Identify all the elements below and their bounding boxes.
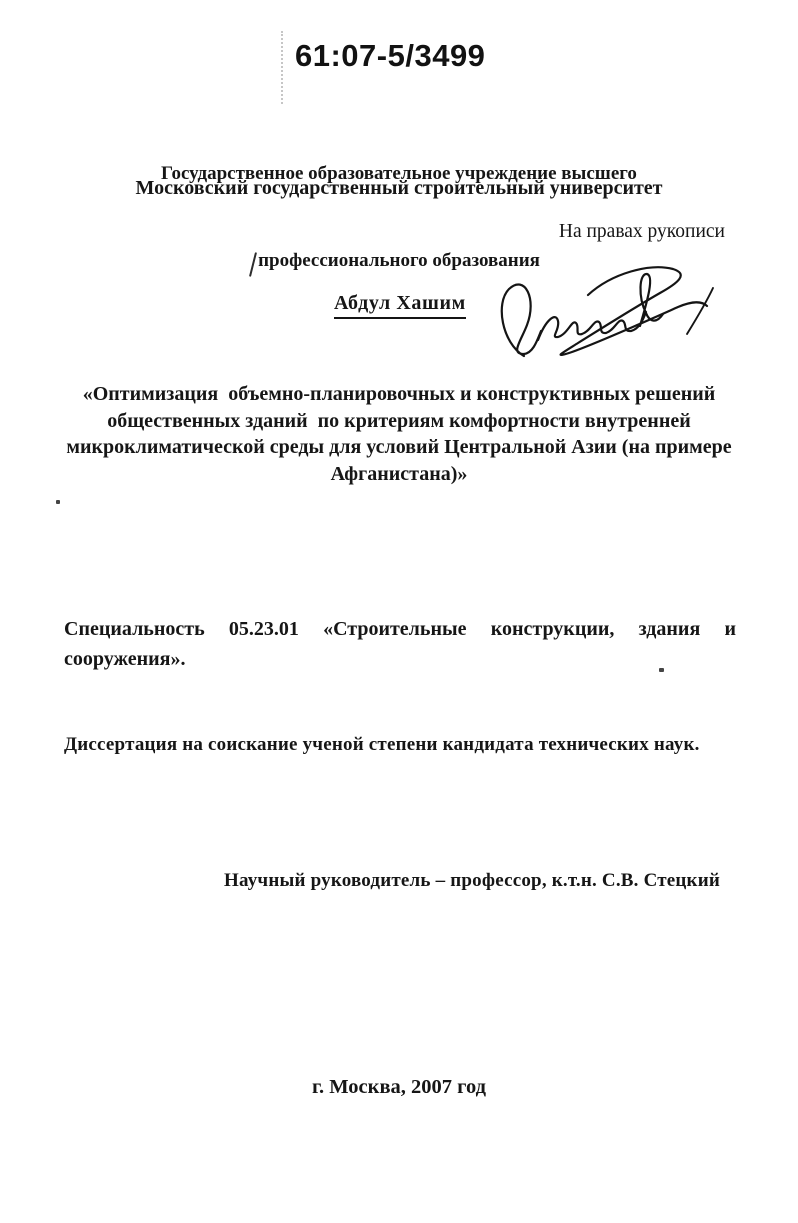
university-name: Московский государственный строительный … bbox=[0, 177, 798, 200]
ink-speck-left-margin bbox=[56, 500, 60, 504]
ink-speck-right bbox=[659, 668, 664, 672]
city-and-year: г. Москва, 2007 год bbox=[0, 1076, 798, 1099]
scientific-supervisor-line: Научный руководитель – профессор, к.т.н.… bbox=[224, 870, 720, 892]
dissertation-title-line-4: Афганистана)» bbox=[52, 461, 746, 488]
author-name: Абдул Хашим bbox=[334, 292, 466, 319]
dissertation-degree-statement: Диссертация на соискание ученой степени … bbox=[64, 734, 758, 756]
dissertation-title-line-2: общественных зданий по критериям комфорт… bbox=[52, 408, 746, 435]
stamp-dotted-line-mark bbox=[281, 31, 283, 104]
manuscript-rights-note: На правах рукописи bbox=[559, 221, 725, 243]
handwritten-signature bbox=[492, 261, 720, 363]
dissertation-title: «Оптимизация объемно-планировочных и кон… bbox=[52, 381, 746, 487]
signature-drawing bbox=[492, 261, 720, 363]
dissertation-title-page: 61:07-5/3499 Государственное образовател… bbox=[0, 0, 798, 1223]
specialty-line-1: Специальность 05.23.01 «Строительные кон… bbox=[64, 614, 736, 644]
specialty-line-2: сооружения». bbox=[64, 644, 736, 674]
specialty-text: Специальность 05.23.01 «Строительные кон… bbox=[64, 614, 736, 674]
dissertation-title-line-3: микроклиматической среды для условий Цен… bbox=[52, 434, 746, 461]
dissertation-title-line-1: «Оптимизация объемно-планировочных и кон… bbox=[52, 381, 746, 408]
archival-stamp-number: 61:07-5/3499 bbox=[295, 38, 485, 74]
